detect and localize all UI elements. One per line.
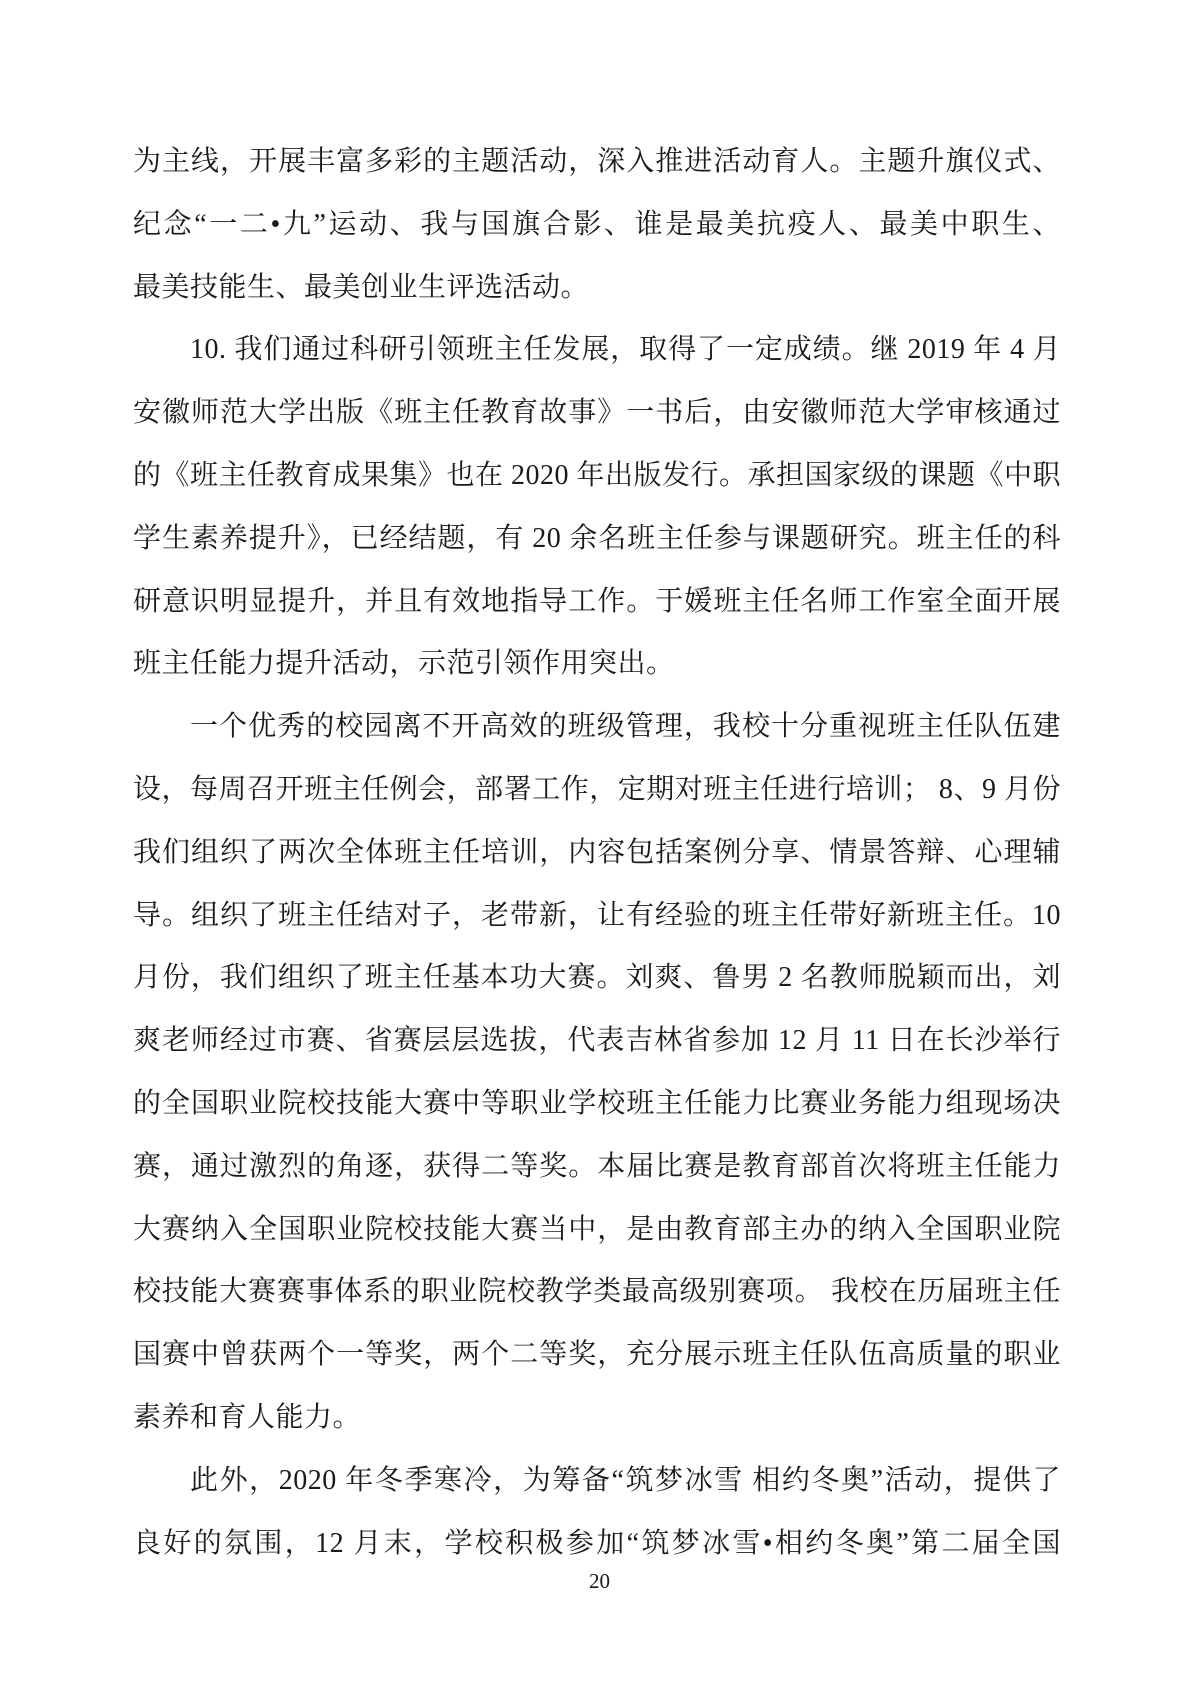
page-number: 20 — [0, 1568, 1199, 1594]
text-line: 安徽师范大学出版《班主任教育故事》一书后，由安徽师范大学审核通过 — [133, 382, 1061, 445]
text-line: 设，每周召开班主任例会，部署工作，定期对班主任进行培训； 8、9 月份 — [133, 759, 1061, 822]
text-line: 赛，通过激烈的角逐，获得二等奖。本届比赛是教育部首次将班主任能力 — [133, 1136, 1061, 1199]
document-page: 为主线，开展丰富多彩的主题活动，深入推进活动育人。主题升旗仪式、纪念“一二•九”… — [0, 0, 1199, 1696]
text-line: 良好的氛围，12 月末，学校积极参加“筑梦冰雪•相约冬奥”第二届全国 — [133, 1513, 1061, 1576]
text-line: 月份，我们组织了班主任基本功大赛。刘爽、鲁男 2 名教师脱颖而出，刘 — [133, 947, 1061, 1010]
text-line: 的全国职业院校技能大赛中等职业学校班主任能力比赛业务能力组现场决 — [133, 1073, 1061, 1136]
text-line: 大赛纳入全国职业院校技能大赛当中，是由教育部主办的纳入全国职业院 — [133, 1199, 1061, 1262]
text-line: 最美技能生、最美创业生评选活动。 — [133, 257, 1061, 320]
text-line: 的《班主任教育成果集》也在 2020 年出版发行。承担国家级的课题《中职 — [133, 445, 1061, 508]
text-line: 我们组织了两次全体班主任培训，内容包括案例分享、情景答辩、心理辅 — [133, 822, 1061, 885]
text-line: 素养和育人能力。 — [133, 1387, 1061, 1450]
text-line: 导。组织了班主任结对子，老带新，让有经验的班主任带好新班主任。10 — [133, 885, 1061, 948]
document-body: 为主线，开展丰富多彩的主题活动，深入推进活动育人。主题升旗仪式、纪念“一二•九”… — [133, 131, 1061, 1575]
text-line: 校技能大赛赛事体系的职业院校教学类最高级别赛项。 我校在历届班主任 — [133, 1261, 1061, 1324]
text-line: 纪念“一二•九”运动、我与国旗合影、谁是最美抗疫人、最美中职生、 — [133, 194, 1061, 257]
text-line: 研意识明显提升，并且有效地指导工作。于媛班主任名师工作室全面开展 — [133, 571, 1061, 634]
text-line: 为主线，开展丰富多彩的主题活动，深入推进活动育人。主题升旗仪式、 — [133, 131, 1061, 194]
text-line: 10. 我们通过科研引领班主任发展，取得了一定成绩。继 2019 年 4 月 — [133, 319, 1061, 382]
text-line: 此外，2020 年冬季寒冷，为筹备“筑梦冰雪 相约冬奥”活动，提供了 — [133, 1450, 1061, 1513]
text-line: 学生素养提升》，已经结题，有 20 余名班主任参与课题研究。班主任的科 — [133, 508, 1061, 571]
text-line: 国赛中曾获两个一等奖，两个二等奖，充分展示班主任队伍高质量的职业 — [133, 1324, 1061, 1387]
text-line: 班主任能力提升活动，示范引领作用突出。 — [133, 633, 1061, 696]
text-line: 爽老师经过市赛、省赛层层选拔，代表吉林省参加 12 月 11 日在长沙举行 — [133, 1010, 1061, 1073]
text-line: 一个优秀的校园离不开高效的班级管理，我校十分重视班主任队伍建 — [133, 696, 1061, 759]
